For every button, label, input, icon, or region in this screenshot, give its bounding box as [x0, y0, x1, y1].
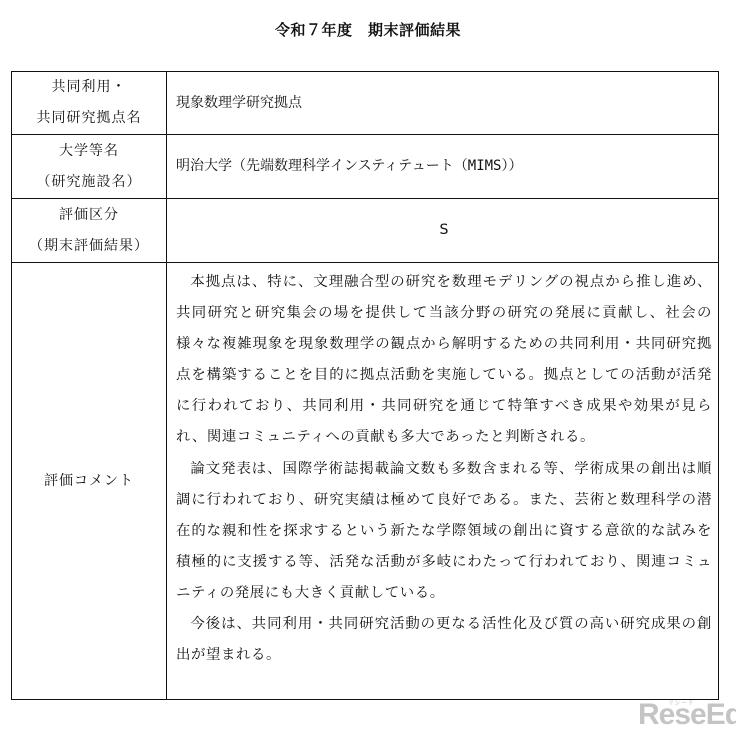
- table-row-university: 大学等名 （研究施設名） 明治大学（先端数理科学インスティテュート（MIMS））: [12, 135, 719, 199]
- label-line: （期末評価結果）: [12, 231, 166, 262]
- comment-paragraph: 論文発表は、国際学術誌掲載論文数も多数含まれる等、学術成果の創出は順調に行われて…: [176, 454, 712, 609]
- label-center-name: 共同利用・ 共同研究拠点名: [12, 72, 167, 135]
- evaluation-result-table: 共同利用・ 共同研究拠点名 現象数理学研究拠点 大学等名 （研究施設名） 明治大…: [11, 71, 719, 700]
- label-line: 共同研究拠点名: [12, 103, 166, 134]
- label-comment: 評価コメント: [12, 263, 167, 700]
- institute-abbreviation: MIMS: [468, 158, 502, 174]
- table-row-comment: 評価コメント 本拠点は、特に、文理融合型の研究を数理モデリングの視点から推し進め…: [12, 263, 719, 700]
- watermark-text: ReseEd: [638, 700, 736, 730]
- value-center-name: 現象数理学研究拠点: [167, 72, 719, 135]
- table-row-rating: 評価区分 （期末評価結果） S: [12, 199, 719, 263]
- comment-body: 本拠点は、特に、文理融合型の研究を数理モデリングの視点から推し進め、共同研究と研…: [167, 263, 719, 700]
- label-line: 評価区分: [12, 200, 166, 231]
- university-name-text: 明治大学（先端数理科学インスティテュート（: [176, 158, 468, 174]
- value-university: 明治大学（先端数理科学インスティテュート（MIMS））: [167, 135, 719, 199]
- label-line: 評価コメント: [12, 466, 166, 497]
- document-title: 令和７年度 期末評価結果: [0, 19, 736, 40]
- university-name-suffix: ））: [501, 158, 522, 174]
- label-line: 共同利用・: [12, 72, 166, 103]
- label-line: 大学等名: [12, 136, 166, 167]
- label-line: （研究施設名）: [12, 167, 166, 198]
- comment-paragraph: 本拠点は、特に、文理融合型の研究を数理モデリングの視点から推し進め、共同研究と研…: [176, 267, 712, 454]
- label-university: 大学等名 （研究施設名）: [12, 135, 167, 199]
- label-rating: 評価区分 （期末評価結果）: [12, 199, 167, 263]
- rating-value: S: [167, 199, 719, 263]
- reseed-watermark-logo: リシード ReseEd: [632, 698, 732, 730]
- table-row-center-name: 共同利用・ 共同研究拠点名 現象数理学研究拠点: [12, 72, 719, 135]
- comment-paragraph: 今後は、共同利用・共同研究活動の更なる活性化及び質の高い研究成果の創出が望まれる…: [176, 609, 712, 671]
